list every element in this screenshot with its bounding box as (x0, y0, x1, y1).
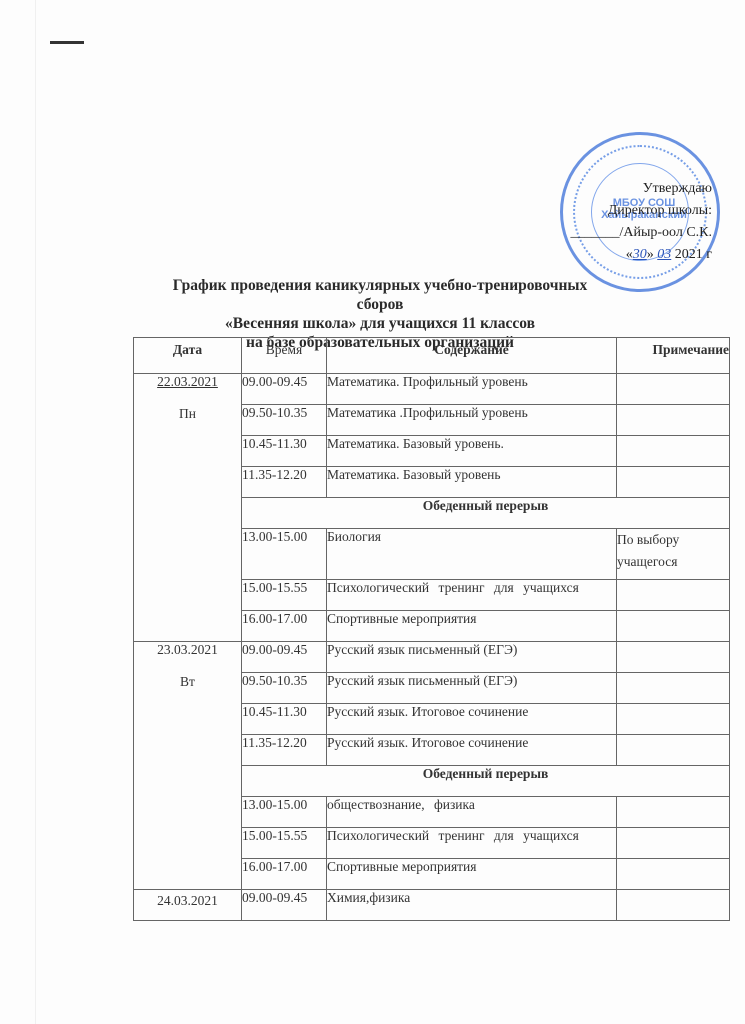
schedule-table: Дата Время Содержание Примечание 22.03.2… (133, 337, 730, 921)
content-cell: Математика. Профильный уровень (327, 374, 617, 405)
lunch-break: Обеденный перерыв (242, 766, 730, 797)
content-cell: Русский язык. Итоговое сочинение (327, 704, 617, 735)
time-cell: 16.00-17.00 (242, 859, 327, 890)
note-cell (617, 436, 730, 467)
time-cell: 15.00-15.55 (242, 828, 327, 859)
approval-month: 03 (657, 247, 671, 262)
date-value: 22.03.2021 (134, 374, 241, 390)
table-row: 24.03.202109.00-09.45Химия,физика (134, 890, 730, 921)
content-cell: Спортивные мероприятия (327, 611, 617, 642)
note-cell (617, 642, 730, 673)
note-cell (617, 797, 730, 828)
date-cell: 23.03.2021Вт (134, 642, 242, 890)
content-cell: Русский язык письменный (ЕГЭ) (327, 673, 617, 704)
scan-mark (50, 41, 84, 44)
time-cell: 09.00-09.45 (242, 642, 327, 673)
content-cell: Биология (327, 529, 617, 580)
approval-date: «30» 03 2021 г (570, 244, 712, 266)
time-cell: 11.35-12.20 (242, 467, 327, 498)
content-cell: Русский язык. Итоговое сочинение (327, 735, 617, 766)
note-cell (617, 580, 730, 611)
time-cell: 09.00-09.45 (242, 890, 327, 921)
lunch-break: Обеденный перерыв (242, 498, 730, 529)
approval-year: 2021 г (675, 247, 712, 262)
date-cell: 24.03.2021 (134, 890, 242, 921)
note-cell (617, 735, 730, 766)
approval-signatory: _______/Айыр-оол С.К. (570, 222, 712, 244)
note-cell (617, 859, 730, 890)
note-cell (617, 467, 730, 498)
date-value: 23.03.2021 (134, 642, 241, 658)
time-cell: 13.00-15.00 (242, 529, 327, 580)
content-cell: Психологический тренинг для учащихся (327, 828, 617, 859)
content-cell: Психологический тренинг для учащихся (327, 580, 617, 611)
time-cell: 09.50-10.35 (242, 673, 327, 704)
time-cell: 09.00-09.45 (242, 374, 327, 405)
approval-block: Утверждаю Директор школы: _______/Айыр-о… (570, 178, 712, 266)
note-cell (617, 405, 730, 436)
table-header-row: Дата Время Содержание Примечание (134, 338, 730, 374)
content-cell: Математика .Профильный уровень (327, 405, 617, 436)
time-cell: 09.50-10.35 (242, 405, 327, 436)
time-cell: 10.45-11.30 (242, 436, 327, 467)
time-cell: 11.35-12.20 (242, 735, 327, 766)
weekday-value: Вт (134, 674, 241, 690)
content-cell: обществознание, физика (327, 797, 617, 828)
date-value: 24.03.2021 (134, 893, 241, 909)
content-cell: Математика. Базовый уровень (327, 467, 617, 498)
scan-edge (35, 0, 36, 1024)
approval-heading: Утверждаю (570, 178, 712, 200)
note-cell: По выбору учащегося (617, 529, 730, 580)
header-content: Содержание (327, 338, 617, 374)
content-cell: Математика. Базовый уровень. (327, 436, 617, 467)
note-cell (617, 374, 730, 405)
header-time: Время (242, 338, 327, 374)
time-cell: 16.00-17.00 (242, 611, 327, 642)
note-cell (617, 704, 730, 735)
content-cell: Химия,физика (327, 890, 617, 921)
header-date: Дата (134, 338, 242, 374)
time-cell: 10.45-11.30 (242, 704, 327, 735)
note-cell (617, 673, 730, 704)
date-cell: 22.03.2021Пн (134, 374, 242, 642)
table-row: 22.03.2021Пн09.00-09.45Математика. Профи… (134, 374, 730, 405)
note-cell (617, 828, 730, 859)
time-cell: 13.00-15.00 (242, 797, 327, 828)
table-row: 23.03.2021Вт09.00-09.45Русский язык пись… (134, 642, 730, 673)
approval-day: 30 (633, 247, 647, 262)
time-cell: 15.00-15.55 (242, 580, 327, 611)
header-note: Примечание (617, 338, 730, 374)
content-cell: Спортивные мероприятия (327, 859, 617, 890)
approval-position: Директор школы: (570, 200, 712, 222)
content-cell: Русский язык письменный (ЕГЭ) (327, 642, 617, 673)
note-cell (617, 611, 730, 642)
weekday-value: Пн (134, 406, 241, 422)
note-cell (617, 890, 730, 921)
